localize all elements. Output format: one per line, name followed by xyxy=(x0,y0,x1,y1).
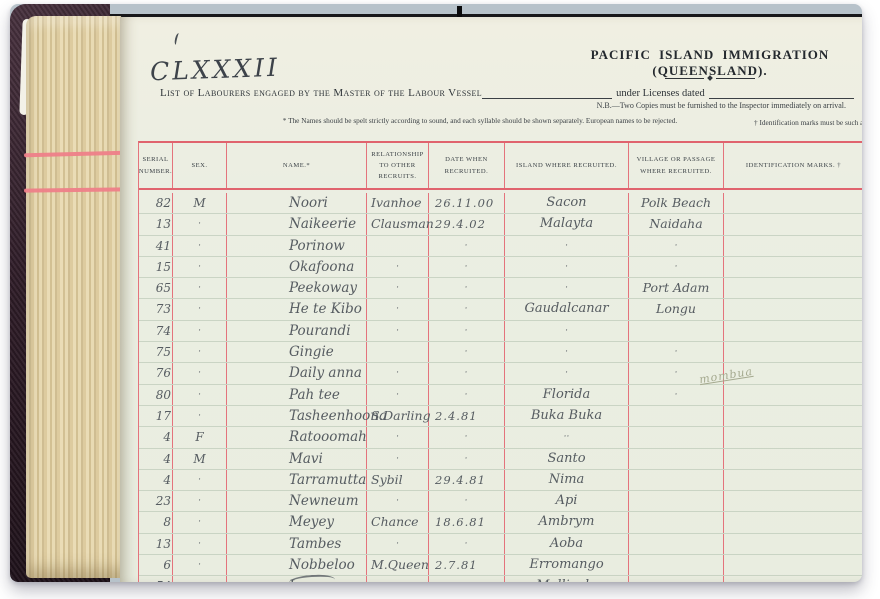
cell-name: Newneum xyxy=(227,491,367,511)
cell-serial: 80 xyxy=(139,385,173,405)
cell-marks xyxy=(724,321,862,341)
cell-sex: M xyxy=(173,449,227,469)
cell-relationship xyxy=(367,342,429,362)
list-of-labourers-line: List of Labourers engaged by the Master … xyxy=(160,87,854,99)
divider-diamond-icon xyxy=(707,75,713,81)
cell-island: Nima xyxy=(505,470,629,490)
table-row: 73·He te Kibo··GaudalcanarLongu xyxy=(139,299,862,320)
cell-village xyxy=(629,406,724,426)
footnote-names: * The Names should be spelt strictly acc… xyxy=(240,116,720,125)
cell-relationship: · xyxy=(367,278,429,298)
cell-marks xyxy=(724,214,862,234)
col-header-sex: SEX. xyxy=(173,143,227,188)
cell-date: 29.4.81 xyxy=(429,470,505,490)
col-header-identification-marks: IDENTIFICATION MARKS. † xyxy=(724,143,862,188)
vessel-name-blank xyxy=(482,87,612,99)
cell-sex: · xyxy=(173,470,227,490)
cell-serial: 15 xyxy=(139,257,173,277)
cell-island: Ambrym xyxy=(505,512,629,532)
cell-date: · xyxy=(429,257,505,277)
cell-name: Naikeerie xyxy=(227,214,367,234)
cell-village: Polk Beach xyxy=(629,193,724,213)
cell-serial: 4 xyxy=(139,427,173,447)
list-line-right-text: under Licenses dated xyxy=(612,88,709,99)
cell-village: · xyxy=(629,385,724,405)
cell-name: Gingie xyxy=(227,342,367,362)
cell-village xyxy=(629,470,724,490)
table-header-row: SERIAL NUMBER. SEX. NAME.* RELATIONSHIP … xyxy=(139,143,862,190)
ledger-page: CLXXXII PACIFIC ISLAND IMMIGRATION (QUEE… xyxy=(120,17,862,582)
cell-date: · xyxy=(429,534,505,554)
cell-sex: · xyxy=(173,555,227,575)
cell-serial: 54 xyxy=(139,576,173,582)
cell-marks xyxy=(724,385,862,405)
table-row: 80·Pah tee··Florida· xyxy=(139,385,862,406)
table-row: 75·Gingie··· xyxy=(139,342,862,363)
table-row: 54·Loongeus··Mallicolo xyxy=(139,576,862,582)
nb-note: N.B.—Two Copies must be furnished to the… xyxy=(597,101,846,110)
cell-name: Tarramutta xyxy=(227,470,367,490)
cell-sex: · xyxy=(173,534,227,554)
cell-name: Mavi xyxy=(227,449,367,469)
cell-serial: 41 xyxy=(139,236,173,256)
cell-serial: 65 xyxy=(139,278,173,298)
cell-date: · xyxy=(429,427,505,447)
cell-marks xyxy=(724,299,862,319)
cell-sex: M xyxy=(173,193,227,213)
cell-sex: · xyxy=(173,576,227,582)
footnote-identification-marks: † Identification marks must be such as t… xyxy=(754,118,862,127)
cell-sex: · xyxy=(173,214,227,234)
cell-date: 18.6.81 xyxy=(429,512,505,532)
cell-island: Mallicolo xyxy=(505,576,629,582)
cell-village: Longu xyxy=(629,299,724,319)
cell-marks xyxy=(724,406,862,426)
cell-village: · xyxy=(629,342,724,362)
cell-relationship: Chance xyxy=(367,512,429,532)
cell-island: · xyxy=(505,257,629,277)
cell-serial: 17 xyxy=(139,406,173,426)
cell-island: · xyxy=(505,342,629,362)
cell-name: Tasheenhoona xyxy=(227,406,367,426)
cell-village xyxy=(629,321,724,341)
col-header-date-recruited: DATE WHEN RECRUITED. xyxy=(429,143,505,188)
cell-name: Daily anna xyxy=(227,363,367,383)
cell-relationship: Ivanhoe xyxy=(367,193,429,213)
table-row: 13·Tambes··Aoba xyxy=(139,534,862,555)
cell-name: Porinow xyxy=(227,236,367,256)
cell-marks xyxy=(724,193,862,213)
cell-relationship: · xyxy=(367,427,429,447)
cell-marks xyxy=(724,534,862,554)
cell-marks xyxy=(724,470,862,490)
cell-sex: · xyxy=(173,236,227,256)
cell-relationship: · xyxy=(367,449,429,469)
ledger-book-photo: CLXXXII PACIFIC ISLAND IMMIGRATION (QUEE… xyxy=(10,4,862,582)
cell-sex: · xyxy=(173,491,227,511)
cell-marks xyxy=(724,555,862,575)
cell-relationship: · xyxy=(367,491,429,511)
cell-marks xyxy=(724,278,862,298)
cell-date: · xyxy=(429,576,505,582)
cell-sex: · xyxy=(173,299,227,319)
table-row: 23·Newneum··Api xyxy=(139,491,862,512)
cell-marks xyxy=(724,449,862,469)
table-row: 17·TasheenhoonaS.Darling2.4.81Buka Buka xyxy=(139,406,862,427)
cell-marks xyxy=(724,236,862,256)
cell-serial: 6 xyxy=(139,555,173,575)
cell-serial: 13 xyxy=(139,534,173,554)
list-line-left-text: List of Labourers engaged by the Master … xyxy=(160,87,482,99)
cell-date: · xyxy=(429,236,505,256)
table-row: 74·Pourandi··· xyxy=(139,321,862,342)
col-header-name: NAME.* xyxy=(227,143,367,188)
cell-date: · xyxy=(429,278,505,298)
cell-island: · xyxy=(505,236,629,256)
cell-date: · xyxy=(429,491,505,511)
cell-marks xyxy=(724,576,862,582)
licenses-dated-blank xyxy=(709,87,854,99)
table-row: 8·MeyeyChance18.6.81Ambrym xyxy=(139,512,862,533)
table-row: 41·Porinow··· xyxy=(139,236,862,257)
cell-village xyxy=(629,534,724,554)
cell-island: Gaudalcanar xyxy=(505,299,629,319)
cell-date: · xyxy=(429,299,505,319)
cell-island: Malayta xyxy=(505,214,629,234)
cell-serial: 23 xyxy=(139,491,173,511)
cell-island: · xyxy=(505,321,629,341)
cell-sex: · xyxy=(173,342,227,362)
table-row: 4MMavi··Santo xyxy=(139,449,862,470)
cell-marks xyxy=(724,257,862,277)
cell-date: · xyxy=(429,342,505,362)
cell-date: 2.7.81 xyxy=(429,555,505,575)
cell-sex: · xyxy=(173,385,227,405)
cell-village xyxy=(629,491,724,511)
table-body: 82MNooriIvanhoe26.11.00SaconPolk Beach13… xyxy=(139,190,862,582)
cell-name: Peekoway xyxy=(227,278,367,298)
table-row: 76·Daily anna···· xyxy=(139,363,862,384)
cell-date: · xyxy=(429,321,505,341)
cell-serial: 74 xyxy=(139,321,173,341)
cell-village xyxy=(629,576,724,582)
cell-island: · xyxy=(505,278,629,298)
cell-date: · xyxy=(429,385,505,405)
cell-marks xyxy=(724,427,862,447)
cell-date: · xyxy=(429,449,505,469)
cell-village xyxy=(629,427,724,447)
cell-sex: · xyxy=(173,363,227,383)
page-title: PACIFIC ISLAND IMMIGRATION (QUEENSLAND). xyxy=(538,47,862,79)
cell-serial: 76 xyxy=(139,363,173,383)
cell-relationship: Sybil xyxy=(367,470,429,490)
cell-sex: · xyxy=(173,512,227,532)
cell-name: Nobbeloo xyxy=(227,555,367,575)
page-edges-stack xyxy=(26,16,126,578)
table-row: 65·Peekoway···Port Adam xyxy=(139,278,862,299)
labourers-table: SERIAL NUMBER. SEX. NAME.* RELATIONSHIP … xyxy=(138,141,862,582)
cell-name: Pah tee xyxy=(227,385,367,405)
col-header-village-recruited: VILLAGE OR PASSAGE WHERE RECRUITED. xyxy=(629,143,724,188)
cell-serial: 4 xyxy=(139,470,173,490)
col-header-serial-number: SERIAL NUMBER. xyxy=(139,143,173,188)
cell-date: 26.11.00 xyxy=(429,193,505,213)
cell-relationship: Clausman xyxy=(367,214,429,234)
cell-village xyxy=(629,512,724,532)
cell-island: Api xyxy=(505,491,629,511)
cell-relationship: · xyxy=(367,321,429,341)
cell-village xyxy=(629,555,724,575)
cell-serial: 73 xyxy=(139,299,173,319)
cell-sex: · xyxy=(173,257,227,277)
cell-sex: · xyxy=(173,278,227,298)
cell-serial: 8 xyxy=(139,512,173,532)
cell-village: · xyxy=(629,236,724,256)
table-row: 4·TarramuttaSybil29.4.81Nima xyxy=(139,470,862,491)
cell-village: Port Adam xyxy=(629,278,724,298)
cell-village xyxy=(629,449,724,469)
table-row: 15·Okafoona···· xyxy=(139,257,862,278)
divider-bar xyxy=(665,78,704,79)
cell-relationship: M.Queen xyxy=(367,555,429,575)
cell-name: Meyey xyxy=(227,512,367,532)
cell-island: Sacon xyxy=(505,193,629,213)
cell-relationship: · xyxy=(367,257,429,277)
cell-name: Okafoona xyxy=(227,257,367,277)
cell-island: Aoba xyxy=(505,534,629,554)
cell-relationship: · xyxy=(367,534,429,554)
cell-date: 2.4.81 xyxy=(429,406,505,426)
cell-marks xyxy=(724,342,862,362)
cell-village: Naidaha xyxy=(629,214,724,234)
cell-village: · xyxy=(629,257,724,277)
cell-serial: 75 xyxy=(139,342,173,362)
folio-number: CLXXXII xyxy=(150,53,281,87)
cell-date: 29.4.02 xyxy=(429,214,505,234)
table-row: 13·NaikeerieClausman29.4.02MalaytaNaidah… xyxy=(139,214,862,235)
cell-name: He te Kibo xyxy=(227,299,367,319)
table-row: 6·NobbelooM.Queen2.7.81Erromango xyxy=(139,555,862,576)
col-header-island-recruited: ISLAND WHERE RECRUITED. xyxy=(505,143,629,188)
cell-sex: F xyxy=(173,427,227,447)
cell-island: Erromango xyxy=(505,555,629,575)
title-divider xyxy=(665,76,755,80)
cell-sex: · xyxy=(173,321,227,341)
cell-relationship: · xyxy=(367,385,429,405)
cell-marks xyxy=(724,491,862,511)
cell-island: Buka Buka xyxy=(505,406,629,426)
cell-name: Noori xyxy=(227,193,367,213)
cell-name: Ratooomah xyxy=(227,427,367,447)
cell-serial: 4 xyxy=(139,449,173,469)
col-header-relationship: RELATIONSHIP TO OTHER RECRUITS. xyxy=(367,143,429,188)
cell-relationship: · xyxy=(367,363,429,383)
cell-name: Tambes xyxy=(227,534,367,554)
cell-relationship: S.Darling xyxy=(367,406,429,426)
cell-date: · xyxy=(429,363,505,383)
cell-marks xyxy=(724,512,862,532)
cell-island: Florida xyxy=(505,385,629,405)
cell-relationship xyxy=(367,236,429,256)
ink-squiggle xyxy=(174,33,182,46)
cell-sex: · xyxy=(173,406,227,426)
cell-serial: 82 xyxy=(139,193,173,213)
cell-name: Pourandi xyxy=(227,321,367,341)
cell-island: ·· xyxy=(505,427,629,447)
table-row: 4FRatooomah···· xyxy=(139,427,862,448)
cell-relationship: · xyxy=(367,299,429,319)
cell-island: Santo xyxy=(505,449,629,469)
table-row: 82MNooriIvanhoe26.11.00SaconPolk Beach xyxy=(139,193,862,214)
cell-island: · xyxy=(505,363,629,383)
cell-serial: 13 xyxy=(139,214,173,234)
divider-bar xyxy=(716,78,755,79)
cell-relationship: · xyxy=(367,576,429,582)
